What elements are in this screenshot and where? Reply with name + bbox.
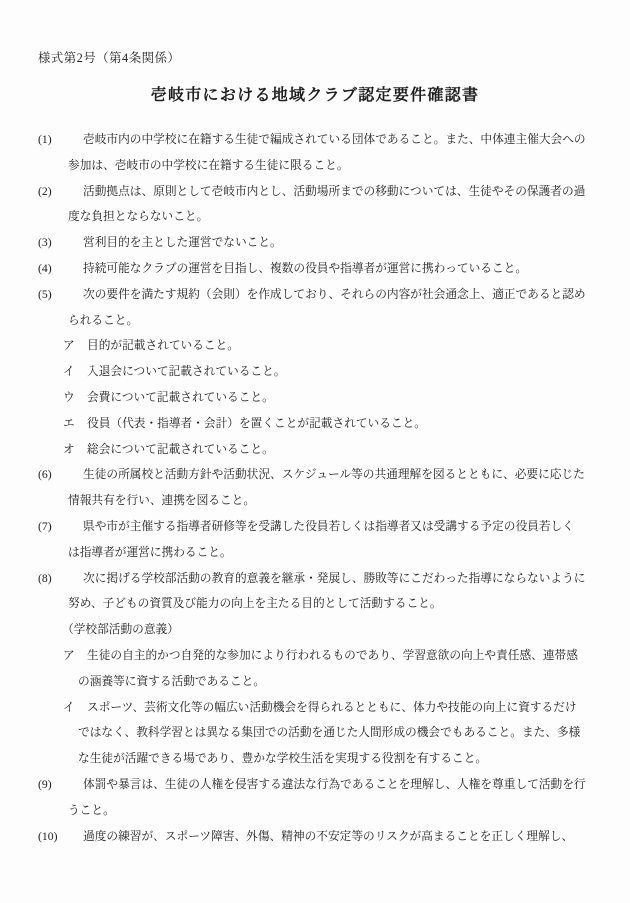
- list-marker: オ: [63, 437, 87, 463]
- line-text: られること。: [68, 314, 138, 327]
- line-text: 壱岐市内の中学校に在籍する生徒で編成されている団体であること。また、中体連主催大…: [83, 133, 586, 146]
- list-marker: (2): [38, 179, 83, 205]
- doc-body: (1)壱岐市内の中学校に在籍する生徒で編成されている団体であること。また、中体連…: [38, 127, 598, 849]
- line-text: 情報共有を行い、連携を図ること。: [68, 494, 255, 507]
- doc-line: の涵養等に資する活動であること。: [38, 669, 598, 695]
- list-marker: イ: [63, 695, 87, 721]
- line-text: 県や市が主催する指導者研修等を受講した役員若しくは指導者又は受講する予定の役員若…: [83, 520, 574, 533]
- doc-line: (3)営利目的を主とした運営でないこと。: [38, 230, 598, 256]
- doc-line: オ総会について記載されていること。: [38, 437, 598, 463]
- list-marker: (5): [38, 282, 83, 308]
- doc-line: イスポーツ、芸術文化等の幅広い活動機会を得られるとともに、体力や技能の向上に資す…: [38, 695, 598, 721]
- doc-line: ウ会費について記載されていること。: [38, 385, 598, 411]
- doc-line: な生徒が活躍できる場であり、豊かな学校生活を実現する役割を有すること。: [38, 746, 598, 772]
- line-text: は指導者が運営に携わること。: [68, 546, 232, 559]
- line-text: スポーツ、芸術文化等の幅広い活動機会を得られるとともに、体力や技能の向上に資する…: [87, 701, 577, 714]
- doc-line: (4)持続可能なクラブの運営を目指し、複数の役員や指導者が運営に携わっていること…: [38, 256, 598, 282]
- line-text: 目的が記載されていること。: [87, 339, 239, 352]
- line-text: 生徒の所属校と活動方針や活動状況、スケジュール等の共通理解を図るとともに、必要に…: [83, 468, 585, 481]
- line-text: 参加は、壱岐市の中学校に在籍する生徒に限ること。: [68, 159, 349, 172]
- line-text: 会費について記載されていること。: [87, 391, 274, 404]
- document-page: 様式第2号（第4条関係） 壱岐市における地域クラブ認定要件確認書 (1)壱岐市内…: [0, 0, 630, 903]
- section-note-line: （学校部活動の意義）: [38, 617, 598, 643]
- doc-line: ではなく、教科学習とは異なる集団での活動を通じた人間形成の機会でもあること。また…: [38, 720, 598, 746]
- line-text: 役員（代表・指導者・会計）を置くことが記載されていること。: [87, 417, 426, 430]
- doc-line: 度な負担とならないこと。: [38, 204, 598, 230]
- doc-line: エ役員（代表・指導者・会計）を置くことが記載されていること。: [38, 411, 598, 437]
- line-text: 体罰や暴言は、生徒の人権を侵害する違法な行為であることを理解し、人権を尊重して活…: [83, 778, 586, 791]
- doc-line: は指導者が運営に携わること。: [38, 540, 598, 566]
- line-text: 営利目的を主とした運営でないこと。: [83, 236, 282, 249]
- line-text: ではなく、教科学習とは異なる集団での活動を通じた人間形成の機会でもあること。また…: [78, 726, 580, 739]
- list-marker: (9): [38, 772, 83, 798]
- list-marker: (4): [38, 256, 83, 282]
- doc-line: (9)体罰や暴言は、生徒の人権を侵害する違法な行為であることを理解し、人権を尊重…: [38, 772, 598, 798]
- doc-line: うこと。: [38, 798, 598, 824]
- doc-line: (2)活動拠点は、原則として壱岐市内とし、活動場所までの移動については、生徒やそ…: [38, 179, 598, 205]
- doc-line: (6)生徒の所属校と活動方針や活動状況、スケジュール等の共通理解を図るとともに、…: [38, 462, 598, 488]
- list-marker: (3): [38, 230, 83, 256]
- line-text: 次の要件を満たす規約（会則）を作成しており、それらの内容が社会通念上、適正である…: [83, 288, 586, 301]
- doc-line: イ入退会について記載されていること。: [38, 359, 598, 385]
- doc-line: られること。: [38, 308, 598, 334]
- page-title: 壱岐市における地域クラブ認定要件確認書: [0, 85, 630, 107]
- list-marker: ウ: [63, 385, 87, 411]
- line-text: 持続可能なクラブの運営を目指し、複数の役員や指導者が運営に携わっていること。: [83, 262, 527, 275]
- doc-line: (1)壱岐市内の中学校に在籍する生徒で編成されている団体であること。また、中体連…: [38, 127, 598, 153]
- line-text: 活動拠点は、原則として壱岐市内とし、活動場所までの移動については、生徒やその保護…: [83, 185, 585, 198]
- line-text: 過度の練習が、スポーツ障害、外傷、精神の不安定等のリスクが高まることを正しく理解…: [83, 830, 573, 843]
- doc-line: (7)県や市が主催する指導者研修等を受講した役員若しくは指導者又は受講する予定の…: [38, 514, 598, 540]
- list-marker: イ: [63, 359, 87, 385]
- line-text: の涵養等に資する活動であること。: [78, 675, 265, 688]
- line-text: 度な負担とならないこと。: [68, 210, 208, 223]
- list-marker: (7): [38, 514, 83, 540]
- list-marker: ア: [63, 333, 87, 359]
- list-marker: (1): [38, 127, 83, 153]
- form-number: 様式第2号（第4条関係）: [38, 50, 180, 66]
- doc-line: 情報共有を行い、連携を図ること。: [38, 488, 598, 514]
- line-text: 入退会について記載されていること。: [87, 365, 285, 378]
- doc-line: (8)次に掲げる学校部活動の教育的意義を継承・発展し、勝敗等にこだわった指導にな…: [38, 566, 598, 592]
- doc-line: ア生徒の自主的かつ自発的な参加により行われるものであり、学習意欲の向上や責任感、…: [38, 643, 598, 669]
- doc-line: ア目的が記載されていること。: [38, 333, 598, 359]
- list-marker: (10): [38, 824, 83, 850]
- line-text: な生徒が活躍できる場であり、豊かな学校生活を実現する役割を有すること。: [78, 752, 487, 765]
- line-text: 次に掲げる学校部活動の教育的意義を継承・発展し、勝敗等にこだわった指導にならない…: [83, 572, 585, 585]
- list-marker: ア: [63, 643, 87, 669]
- line-text: 生徒の自主的かつ自発的な参加により行われるものであり、学習意欲の向上や責任感、連…: [87, 649, 578, 662]
- doc-line: (5)次の要件を満たす規約（会則）を作成しており、それらの内容が社会通念上、適正…: [38, 282, 598, 308]
- list-marker: (6): [38, 462, 83, 488]
- doc-line: (10)過度の練習が、スポーツ障害、外傷、精神の不安定等のリスクが高まることを正…: [38, 824, 598, 850]
- line-text: 努め、子どもの資質及び能力の向上を主たる目的として活動すること。: [68, 597, 442, 610]
- list-marker: (8): [38, 566, 83, 592]
- line-text: （学校部活動の意義）: [62, 623, 179, 636]
- doc-line: 努め、子どもの資質及び能力の向上を主たる目的として活動すること。: [38, 591, 598, 617]
- list-marker: エ: [63, 411, 87, 437]
- line-text: 総会について記載されていること。: [87, 443, 274, 456]
- doc-line: 参加は、壱岐市の中学校に在籍する生徒に限ること。: [38, 153, 598, 179]
- line-text: うこと。: [68, 804, 115, 817]
